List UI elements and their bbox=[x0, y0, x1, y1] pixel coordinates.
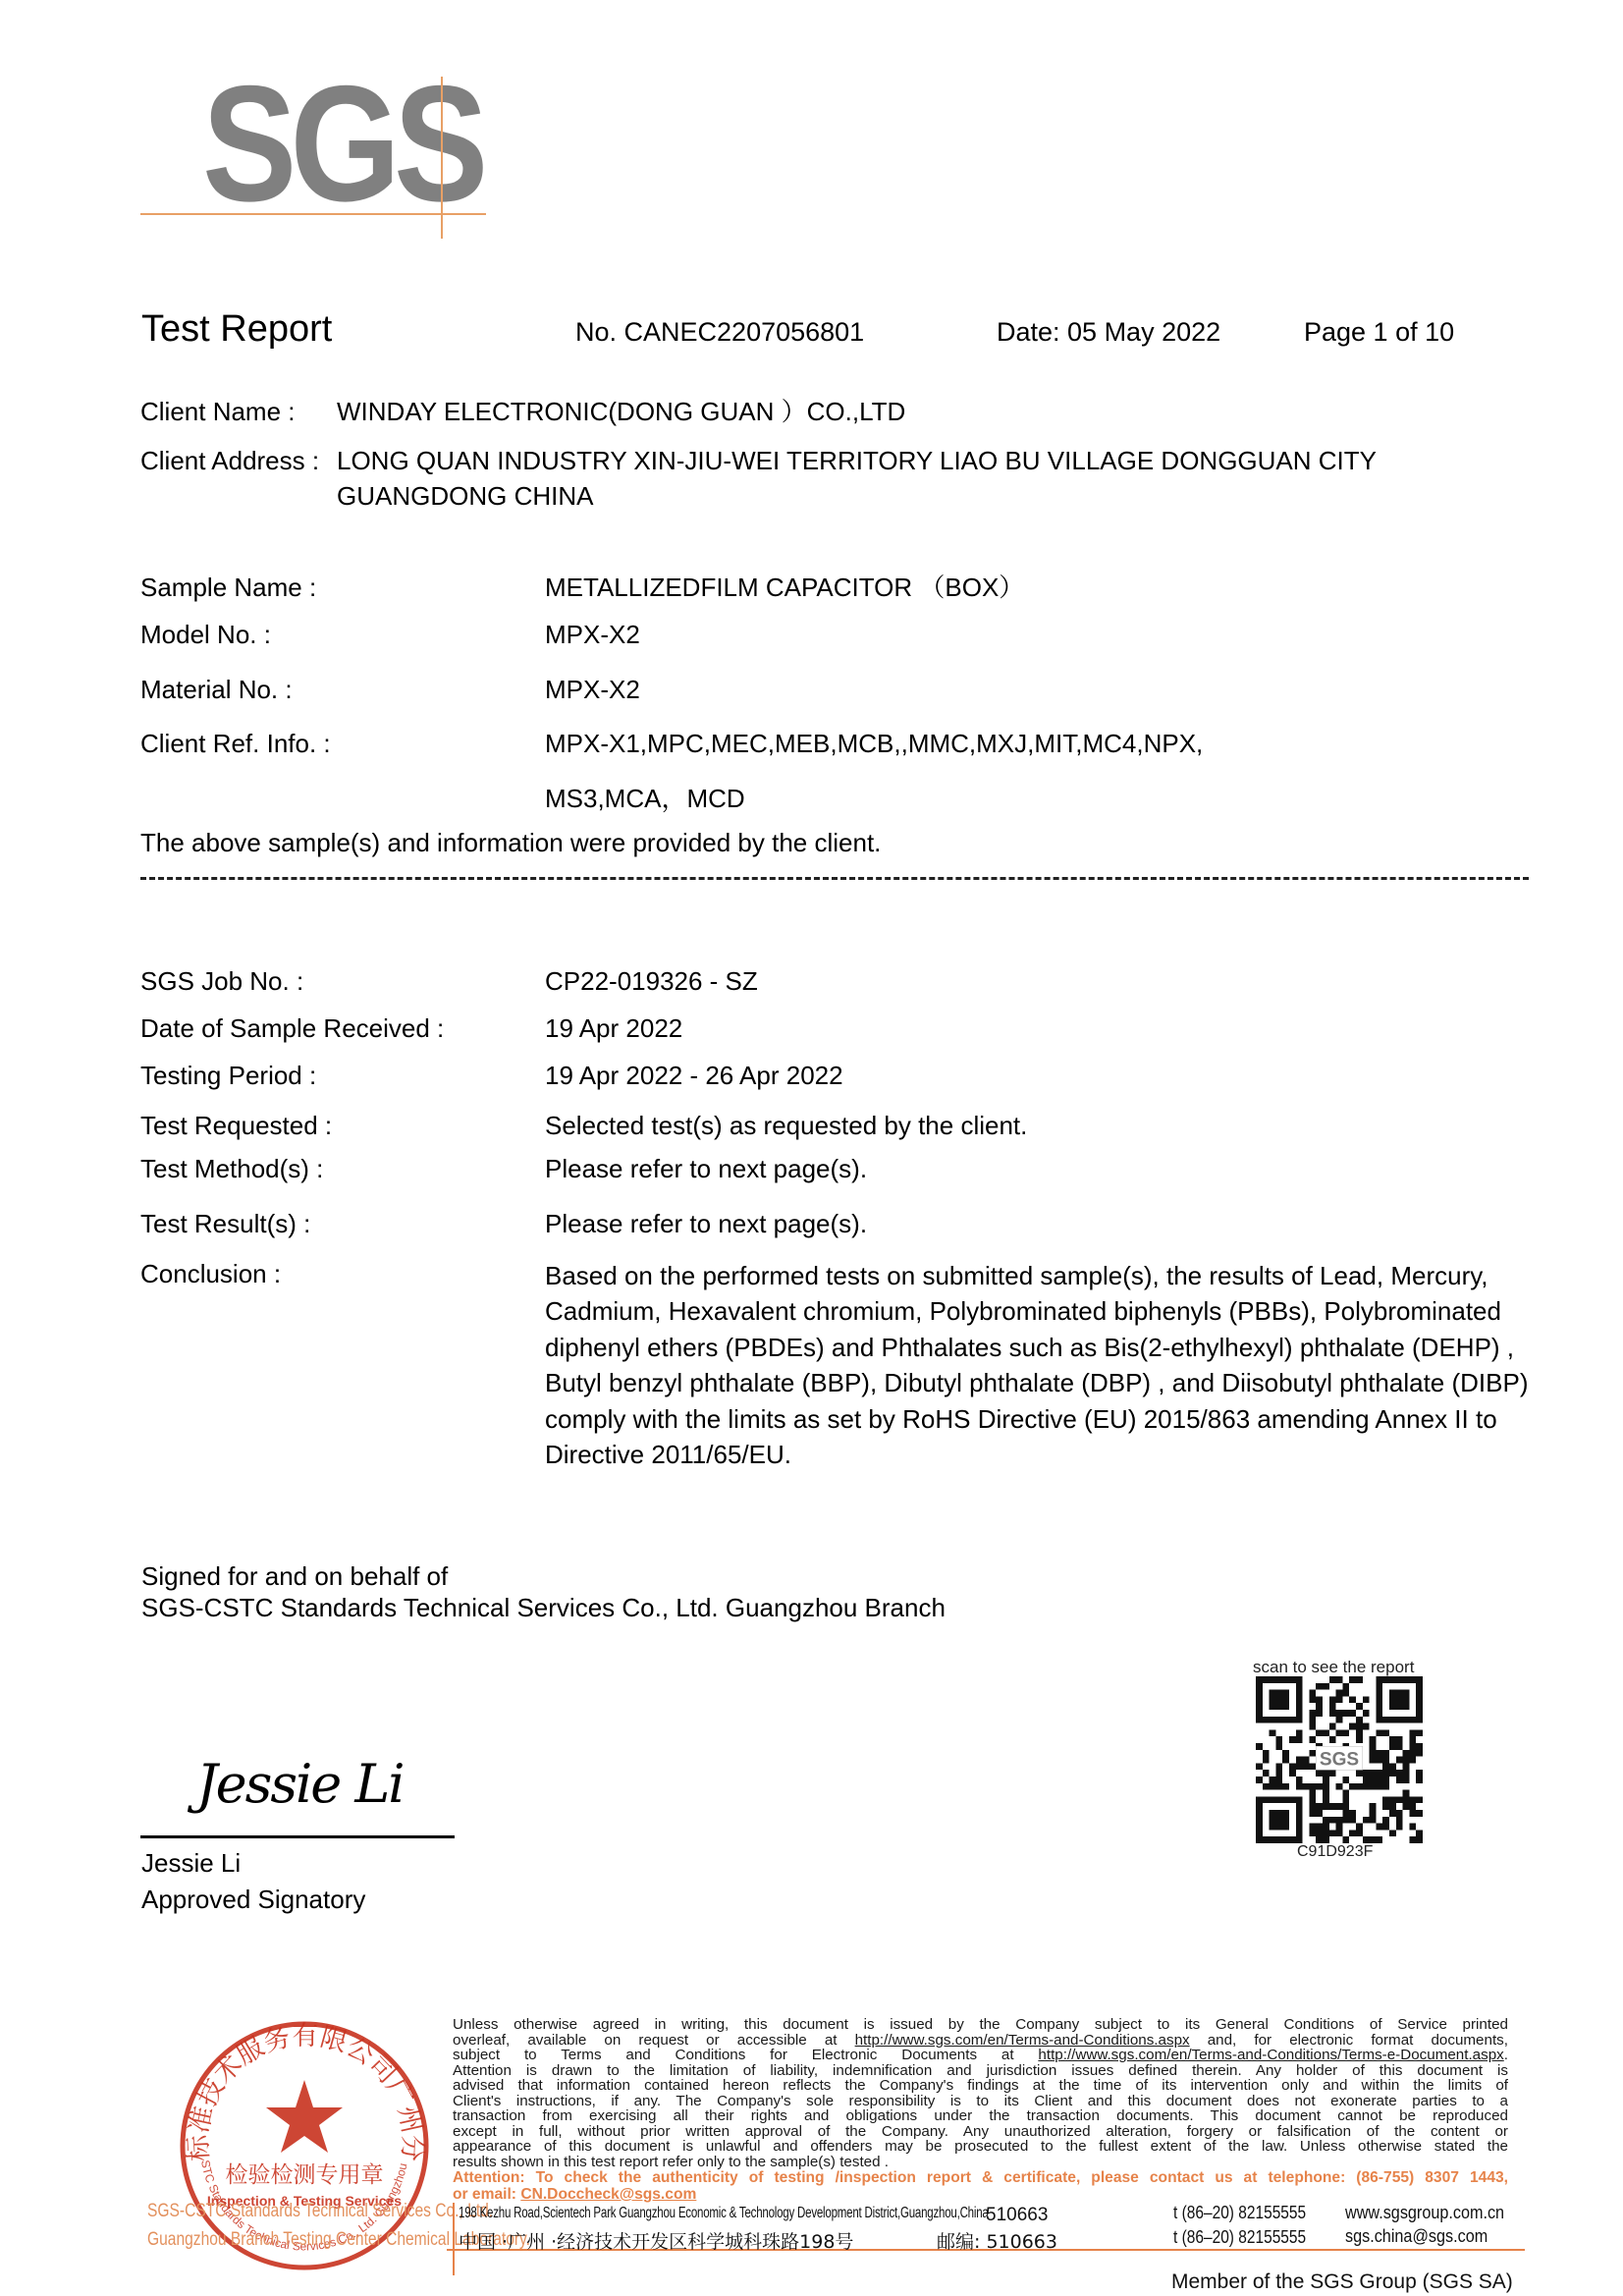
conclusion-text: Based on the performed tests on submitte… bbox=[545, 1258, 1537, 1472]
address-chinese-zip: 邮编: 510663 bbox=[937, 2227, 1057, 2254]
contact-email-link[interactable]: sgs.china@sgs.com bbox=[1345, 2226, 1488, 2247]
report-date: Date: 05 May 2022 bbox=[997, 316, 1220, 348]
test-requested-label: Test Requested : bbox=[140, 1110, 332, 1141]
client-ref-value: MPX-X1,MPC,MEC,MEB,MCB,,MMC,MXJ,MIT,MC4,… bbox=[545, 728, 1203, 759]
signatory-title: Approved Signatory bbox=[141, 1884, 365, 1915]
qr-caption: scan to see the report bbox=[1253, 1658, 1414, 1677]
logo-horizontal-rule bbox=[140, 213, 486, 215]
edoc-terms-link[interactable]: http://www.sgs.com/en/Terms-and-Conditio… bbox=[1038, 2047, 1503, 2063]
stamp-outer-text: 通标标准技术服务有限公司广州分公司 bbox=[172, 2013, 428, 2162]
test-methods-label: Test Method(s) : bbox=[140, 1153, 323, 1184]
disclaimer-line: Client's instructions, if any. The Compa… bbox=[453, 2094, 1508, 2109]
disclaimer-line: transaction from exercising all their ri… bbox=[453, 2108, 1508, 2124]
date-received-value: 19 Apr 2022 bbox=[545, 1012, 682, 1044]
page-title: Test Report bbox=[141, 307, 332, 351]
qr-code-id: C91D923F bbox=[1297, 1843, 1373, 1861]
sgs-logo: SGS bbox=[202, 61, 481, 226]
address-english-zip: 510663 bbox=[986, 2205, 1048, 2226]
section-divider bbox=[140, 877, 1529, 880]
qr-center-label: SGS bbox=[1320, 1749, 1359, 1770]
qr-code-icon[interactable]: SGS bbox=[1256, 1676, 1423, 1843]
client-address-label: Client Address : bbox=[140, 445, 319, 476]
signatory-name: Jessie Li bbox=[141, 1847, 241, 1879]
terms-link[interactable]: http://www.sgs.com/en/Terms-and-Conditio… bbox=[855, 2032, 1190, 2049]
logo-vertical-rule bbox=[441, 77, 443, 239]
test-methods-value: Please refer to next page(s). bbox=[545, 1153, 867, 1184]
disclaimer-line: advised that information contained hereo… bbox=[453, 2078, 1508, 2094]
telephone-2: t (86–20) 82155555 bbox=[1173, 2227, 1306, 2248]
material-no-label: Material No. : bbox=[140, 674, 293, 705]
test-requested-value: Selected test(s) as requested by the cli… bbox=[545, 1110, 1027, 1141]
footer-vertical-rule bbox=[453, 2203, 455, 2275]
client-ref-label: Client Ref. Info. : bbox=[140, 728, 331, 759]
client-name-value: WINDAY ELECTRONIC(DONG GUAN ）CO.,LTD bbox=[337, 396, 905, 427]
signed-line-2: SGS-CSTC Standards Technical Services Co… bbox=[141, 1592, 946, 1623]
report-number: No. CANEC2207056801 bbox=[575, 316, 864, 348]
model-no-value: MPX-X2 bbox=[545, 619, 640, 650]
legal-disclaimer: Unless otherwise agreed in writing, this… bbox=[453, 2017, 1508, 2169]
handwritten-signature: Jessie Li bbox=[196, 1753, 404, 1815]
client-address-line2: GUANGDONG CHINA bbox=[337, 480, 593, 512]
stamp-inner-text-cn: 检验检测专用章 bbox=[226, 2162, 384, 2188]
test-results-value: Please refer to next page(s). bbox=[545, 1208, 867, 1239]
sgs-member-note: Member of the SGS Group (SGS SA) bbox=[1171, 2270, 1513, 2294]
client-address-line1: LONG QUAN INDUSTRY XIN-JIU-WEI TERRITORY… bbox=[337, 445, 1377, 476]
signed-line-1: Signed for and on behalf of bbox=[141, 1560, 448, 1592]
disclaimer-line: overleaf, available on request or access… bbox=[453, 2033, 1508, 2049]
job-no-value: CP22-019326 - SZ bbox=[545, 965, 758, 997]
authenticity-email-line: or email: CN.Doccheck@sgs.com bbox=[453, 2186, 696, 2204]
disclaimer-line: Unless otherwise agreed in writing, this… bbox=[453, 2017, 1508, 2033]
telephone-1: t (86–20) 82155555 bbox=[1173, 2203, 1306, 2223]
page-indicator: Page 1 of 10 bbox=[1304, 316, 1454, 348]
job-no-label: SGS Job No. : bbox=[140, 965, 303, 997]
disclaimer-line: appearance of this document is unlawful … bbox=[453, 2139, 1508, 2155]
date-received-label: Date of Sample Received : bbox=[140, 1012, 444, 1044]
doccheck-email-link[interactable]: CN.Doccheck@sgs.com bbox=[520, 2186, 696, 2203]
disclaimer-line: results shown in this test report refer … bbox=[453, 2155, 1508, 2170]
client-name-label: Client Name : bbox=[140, 396, 296, 427]
model-no-label: Model No. : bbox=[140, 619, 271, 650]
client-ref-value-line2: MS3,MCA，MCD bbox=[545, 783, 745, 814]
website-link[interactable]: www.sgsgroup.com.cn bbox=[1345, 2203, 1504, 2223]
sample-name-label: Sample Name : bbox=[140, 572, 316, 603]
test-results-label: Test Result(s) : bbox=[140, 1208, 310, 1239]
lab-name-line-1: SGS-CSTC Standards Technical Services Co… bbox=[147, 2201, 493, 2222]
address-chinese: 中国 ·广州 ·经济技术开发区科学城科珠路198号 bbox=[459, 2227, 853, 2254]
signature-line bbox=[140, 1835, 455, 1838]
conclusion-label: Conclusion : bbox=[140, 1258, 281, 1289]
sample-name-value: METALLIZEDFILM CAPACITOR （BOX） bbox=[545, 572, 1024, 603]
provided-note: The above sample(s) and information were… bbox=[140, 827, 881, 858]
disclaimer-line: subject to Terms and Conditions for Elec… bbox=[453, 2048, 1508, 2063]
testing-period-label: Testing Period : bbox=[140, 1060, 316, 1091]
address-english: 198 Kezhu Road,Scientech Park Guangzhou … bbox=[459, 2205, 989, 2222]
testing-period-value: 19 Apr 2022 - 26 Apr 2022 bbox=[545, 1060, 843, 1091]
disclaimer-line: Attention is drawn to the limitation of … bbox=[453, 2063, 1508, 2079]
material-no-value: MPX-X2 bbox=[545, 674, 640, 705]
disclaimer-line: except in full, without prior written ap… bbox=[453, 2124, 1508, 2140]
svg-text:通标标准技术服务有限公司广州分公司: 通标标准技术服务有限公司广州分公司 bbox=[172, 2013, 428, 2162]
authenticity-notice: Attention: To check the authenticity of … bbox=[453, 2170, 1508, 2186]
